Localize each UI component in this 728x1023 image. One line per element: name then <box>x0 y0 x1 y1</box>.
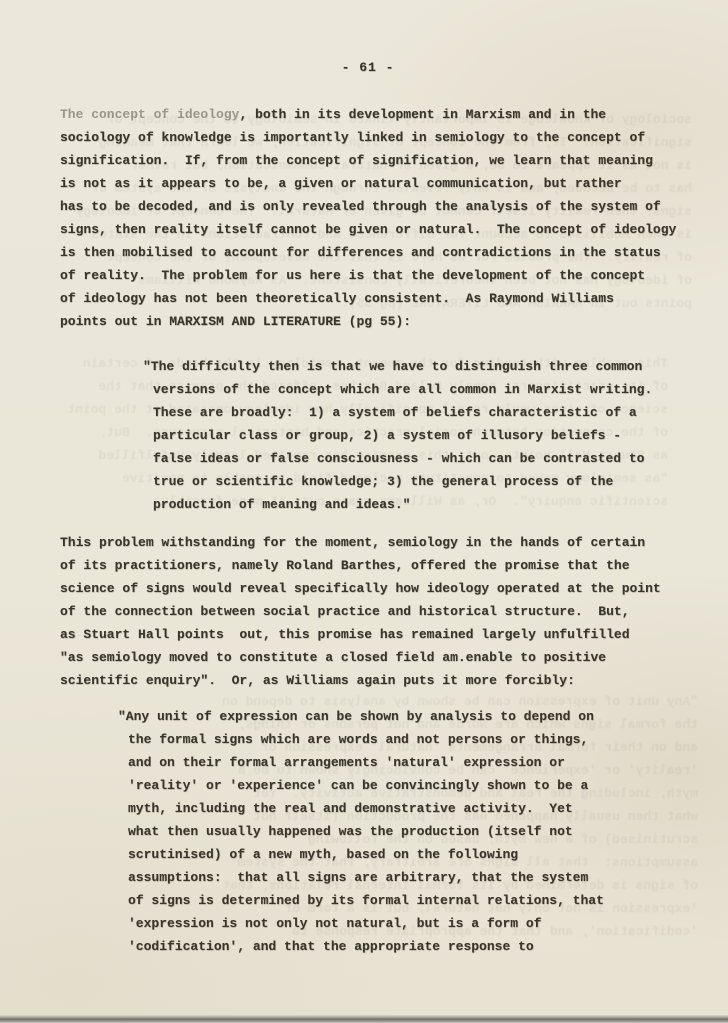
text-line: scrutinised) of a new myth, based on the… <box>128 843 676 866</box>
text-line: 'expression is not only not natural, but… <box>128 912 676 935</box>
text-line: of signs is determined by its formal int… <box>128 889 676 912</box>
text-line: "Any unit of expression can be shown by … <box>128 705 676 728</box>
scan-bottom-edge <box>0 1015 728 1023</box>
text-line: has to be decoded, and is only revealed … <box>60 195 676 218</box>
text-line: is then mobilised to account for differe… <box>60 241 676 264</box>
opening-paragraph: The concept of ideology, both in its dev… <box>60 103 676 333</box>
text-line: is not as it appears to be, a given or n… <box>60 172 676 195</box>
text-line: production of meaning and ideas." <box>153 493 676 516</box>
text-line: as Stuart Hall points out, this promise … <box>60 623 676 646</box>
williams-blockquote-1: "The difficulty then is that we have to … <box>153 355 676 516</box>
text-line: of ideology has not been theoretically c… <box>60 287 676 310</box>
text-line: 'codification', and that the appropriate… <box>128 935 676 958</box>
text-line: myth, including the real and demonstrati… <box>128 797 676 820</box>
text-line: sociology of knowledge is importantly li… <box>60 126 676 149</box>
text-line: versions of the concept which are all co… <box>153 378 676 401</box>
text-line: signification. If, from the concept of s… <box>60 149 676 172</box>
text-line: science of signs would reveal specifical… <box>60 577 676 600</box>
text-line: "The difficulty then is that we have to … <box>153 355 676 378</box>
faded-typewriter-text: The concept of ideology <box>60 107 239 122</box>
text-line: 'reality' or 'experience' can be convinc… <box>128 774 676 797</box>
text-line: This problem withstanding for the moment… <box>60 531 676 554</box>
page-number: - 61 - <box>60 56 676 79</box>
text-line: the formal signs which are words and not… <box>128 728 676 751</box>
middle-paragraph: This problem withstanding for the moment… <box>60 531 676 692</box>
page-content: - 61 - The concept of ideology, both in … <box>60 56 676 958</box>
text-line: of the connection between social practic… <box>60 600 676 623</box>
text-line: scientific enquiry". Or, as Williams aga… <box>60 669 676 692</box>
text-line: what then usually happened was the produ… <box>128 820 676 843</box>
text-line: and on their formal arrangements 'natura… <box>128 751 676 774</box>
text-line: of its practitioners, namely Roland Bart… <box>60 554 676 577</box>
paragraph-line: The concept of ideology, both in its dev… <box>60 103 676 126</box>
text-line: signs, then reality itself cannot be giv… <box>60 218 676 241</box>
text-line: false ideas or false consciousness - whi… <box>153 447 676 470</box>
text-line: of reality. The problem for us here is t… <box>60 264 676 287</box>
text-line: true or scientific knowledge; 3) the gen… <box>153 470 676 493</box>
text-line: "as semiology moved to constitute a clos… <box>60 646 676 669</box>
document-page: sociology of knowledge is importantly li… <box>0 0 728 1023</box>
williams-blockquote-2: "Any unit of expression can be shown by … <box>128 705 676 958</box>
text-line: These are broadly: 1) a system of belief… <box>153 401 676 424</box>
text-line: particular class or group, 2) a system o… <box>153 424 676 447</box>
text-line: assumptions: that all signs are arbitrar… <box>128 866 676 889</box>
text-line: points out in MARXISM AND LITERATURE (pg… <box>60 310 676 333</box>
paragraph-text: , both in its development in Marxism and… <box>239 107 606 122</box>
paragraph-lines: sociology of knowledge is importantly li… <box>60 126 676 333</box>
